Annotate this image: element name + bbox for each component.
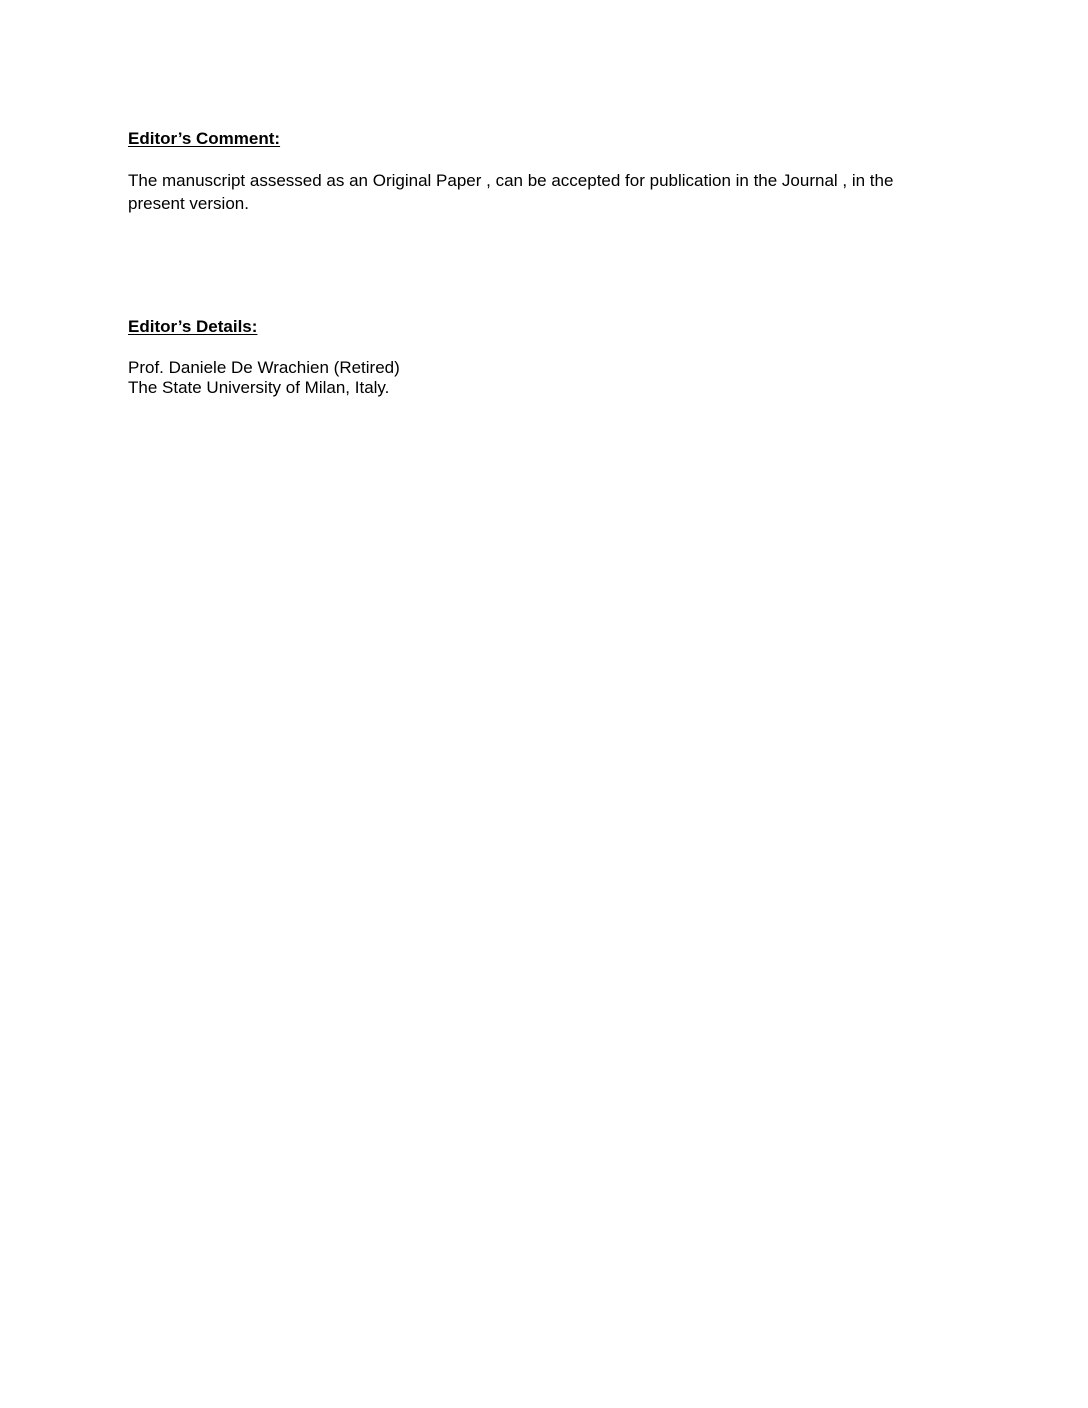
document-page: Editor’s Comment: The manuscript assesse… [0, 0, 1088, 1408]
editor-name: Prof. Daniele De Wrachien (Retired) [128, 358, 400, 378]
editor-details-block: Prof. Daniele De Wrachien (Retired) The … [128, 358, 400, 398]
editor-comment-text: The manuscript assessed as an Original P… [128, 169, 948, 215]
editor-details-heading: Editor’s Details: [128, 317, 257, 337]
editor-comment-heading: Editor’s Comment: [128, 129, 280, 149]
editor-affiliation: The State University of Milan, Italy. [128, 378, 400, 398]
